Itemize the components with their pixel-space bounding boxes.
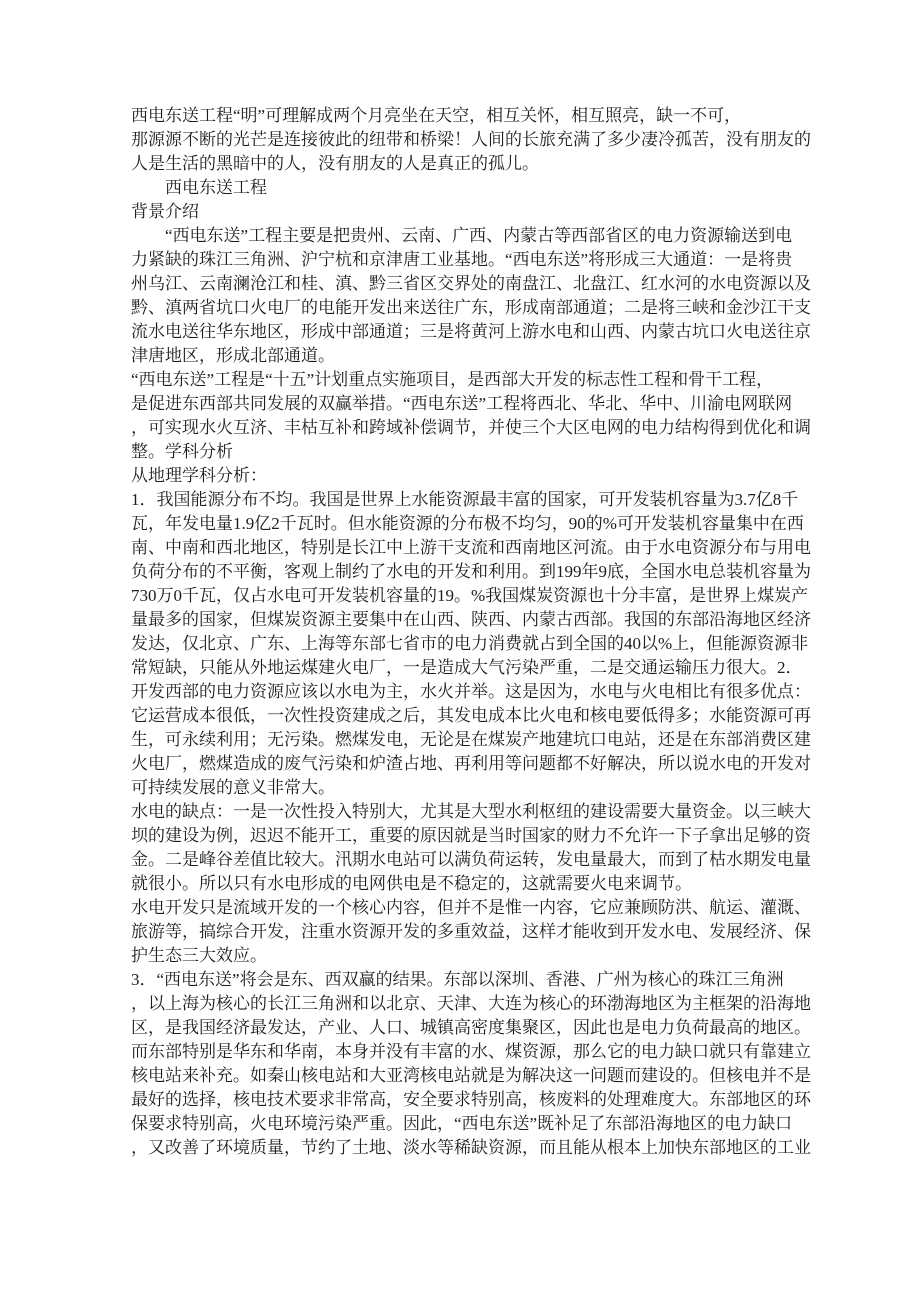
text-line: 瓦，年发电量1.9亿2千瓦时。但水能资源的分布极不均匀，90的%可开发装机容量集…	[131, 512, 831, 536]
text-line: “西电东送”工程主要是把贵州、云南、广西、内蒙古等西部省区的电力资源输送到电	[131, 224, 831, 248]
text-line: 那源源不断的光芒是连接彼此的纽带和桥梁！人间的长旅充满了多少凄冷孤苦，没有朋友的	[131, 128, 831, 152]
text-line: 区，是我国经济最发达，产业、人口、城镇高密度集聚区，因此也是电力负荷最高的地区。	[131, 1016, 831, 1040]
text-line: 可持续发展的意义非常大。	[131, 776, 831, 800]
text-line: 生，可永续利用；无污染。燃煤发电，无论是在煤炭产地建坑口电站，还是在东部消费区建	[131, 728, 831, 752]
text-line: 南、中南和西北地区，特别是长江中上游干支流和西南地区河流。由于水电资源分布与用电	[131, 536, 831, 560]
text-line: 火电厂，燃煤造成的废气污染和炉渣占地、再利用等问题都不好解决，所以说水电的开发对	[131, 752, 831, 776]
text-line: 力紧缺的珠江三角洲、沪宁杭和京津唐工业基地。“西电东送”将形成三大通道：一是将贵	[131, 248, 831, 272]
text-line: 从地理学科分析：	[131, 464, 831, 488]
document-text: 西电东送工程“明”可理解成两个月亮坐在天空，相互关怀，相互照亮，缺一不可，那源源…	[131, 104, 831, 1160]
text-line: 西电东送工程	[131, 176, 831, 200]
text-line: 保要求特别高，火电环境污染严重。因此，“西电东送”既补足了东部沿海地区的电力缺口	[131, 1112, 831, 1136]
text-line: 整。学科分析	[131, 440, 831, 464]
text-line: 旅游等，搞综合开发，注重水资源开发的多重效益，这样才能收到开发水电、发展经济、保	[131, 920, 831, 944]
text-line: 背景介绍	[131, 200, 831, 224]
text-line: 而东部特别是华东和华南，本身并没有丰富的水、煤资源，那么它的电力缺口就只有靠建立	[131, 1040, 831, 1064]
text-line: ，可实现水火互济、丰枯互补和跨域补偿调节，并使三个大区电网的电力结构得到优化和调	[131, 416, 831, 440]
text-line: 常短缺，只能从外地运煤建火电厂，一是造成大气污染严重，二是交通运输压力很大。2．	[131, 656, 831, 680]
text-line: 3．“西电东送”将会是东、西双赢的结果。东部以深圳、香港、广州为核心的珠江三角洲	[131, 968, 831, 992]
text-line: 730万0千瓦，仅占水电可开发装机容量的19。%我国煤炭资源也十分丰富，是世界上…	[131, 584, 831, 608]
text-line: 最好的选择，核电技术要求非常高，安全要求特别高，核废料的处理难度大。东部地区的环	[131, 1088, 831, 1112]
text-line: ，又改善了环境质量，节约了土地、淡水等稀缺资源，而且能从根本上加快东部地区的工业	[131, 1136, 831, 1160]
text-line: 发达，仅北京、广东、上海等东部七省市的电力消费就占到全国的40以%上，但能源资源…	[131, 632, 831, 656]
text-line: 水电开发只是流域开发的一个核心内容，但并不是惟一内容，它应兼顾防洪、航运、灌溉、	[131, 896, 831, 920]
text-line: 1．我国能源分布不均。我国是世界上水能资源最丰富的国家，可开发装机容量为3.7亿…	[131, 488, 831, 512]
text-line: 护生态三大效应。	[131, 944, 831, 968]
text-line: 津唐地区，形成北部通道。	[131, 344, 831, 368]
text-line: 核电站来补充。如秦山核电站和大亚湾核电站就是为解决这一问题而建设的。但核电并不是	[131, 1064, 831, 1088]
text-line: 量最多的国家，但煤炭资源主要集中在山西、陕西、内蒙古西部。我国的东部沿海地区经济	[131, 608, 831, 632]
text-line: 金。二是峰谷差值比较大。汛期水电站可以满负荷运转，发电量最大，而到了枯水期发电量	[131, 848, 831, 872]
text-line: 开发西部的电力资源应该以水电为主，水火并举。这是因为，水电与火电相比有很多优点：	[131, 680, 831, 704]
text-line: 负荷分布的不平衡，客观上制约了水电的开发和利用。到199年9底，全国水电总装机容…	[131, 560, 831, 584]
text-line: “西电东送”工程是“十五”计划重点实施项目，是西部大开发的标志性工程和骨干工程，	[131, 368, 831, 392]
text-line: 水电的缺点：一是一次性投入特别大，尤其是大型水利枢纽的建设需要大量资金。以三峡大	[131, 800, 831, 824]
text-line: 黔、滇两省坑口火电厂的电能开发出来送往广东，形成南部通道；二是将三峡和金沙江干支	[131, 296, 831, 320]
document-page: 西电东送工程“明”可理解成两个月亮坐在天空，相互关怀，相互照亮，缺一不可，那源源…	[0, 0, 920, 1302]
text-line: 它运营成本很低，一次性投资建成之后，其发电成本比火电和核电要低得多；水能资源可再	[131, 704, 831, 728]
text-line: 人是生活的黑暗中的人，没有朋友的人是真正的孤儿。	[131, 152, 831, 176]
text-line: 就很小。所以只有水电形成的电网供电是不稳定的，这就需要火电来调节。	[131, 872, 831, 896]
text-line: 州乌江、云南澜沧江和桂、滇、黔三省区交界处的南盘江、北盘江、红水河的水电资源以及	[131, 272, 831, 296]
text-line: ，以上海为核心的长江三角洲和以北京、天津、大连为核心的环渤海地区为主框架的沿海地	[131, 992, 831, 1016]
text-line: 西电东送工程“明”可理解成两个月亮坐在天空，相互关怀，相互照亮，缺一不可，	[131, 104, 831, 128]
text-line: 坝的建设为例，迟迟不能开工，重要的原因就是当时国家的财力不允许一下子拿出足够的资	[131, 824, 831, 848]
text-line: 流水电送往华东地区，形成中部通道；三是将黄河上游水电和山西、内蒙古坑口火电送往京	[131, 320, 831, 344]
text-line: 是促进东西部共同发展的双赢举措。“西电东送”工程将西北、华北、华中、川渝电网联网	[131, 392, 831, 416]
